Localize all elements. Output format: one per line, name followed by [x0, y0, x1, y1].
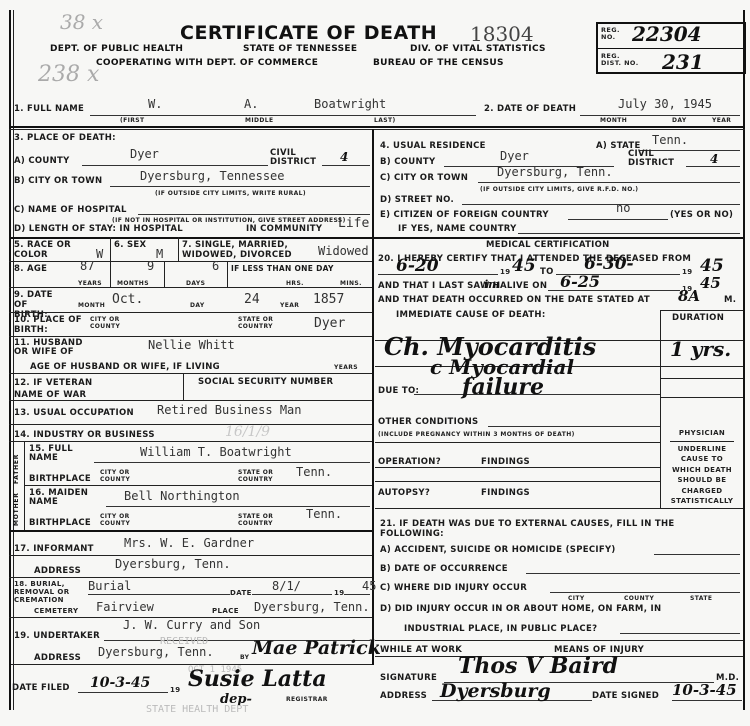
death-city-value[interactable]: Dyersburg, Tennessee — [140, 169, 285, 183]
physician-address-value[interactable]: Dyersburg — [440, 680, 551, 702]
industry-label: 14. INDUSTRY OR BUSINESS — [14, 430, 155, 440]
first-sublabel: (FIRST — [120, 117, 145, 124]
hospital-label: C) NAME OF HOSPITAL — [14, 205, 127, 215]
death-certificate: 38 x 238 x CERTIFICATE OF DEATH 18304 DE… — [0, 0, 750, 726]
city-rural-note: (IF OUTSIDE CITY LIMITS, WRITE RURAL) — [155, 190, 306, 197]
date-filed-label: DATE FILED — [12, 683, 70, 693]
res-civil-district-label: CIVIL DISTRICT — [628, 150, 688, 168]
citizen-label: E) CITIZEN OF FOREIGN COUNTRY — [380, 210, 549, 220]
mother-name-value[interactable]: Bell Northington — [124, 489, 240, 503]
last-saw-label: AND THAT I LAST SAW H — [378, 281, 500, 291]
mother-birthplace-label: BIRTHPLACE — [29, 518, 91, 528]
day-sublabel: DAY — [672, 117, 687, 124]
cooperating-label: COOPERATING WITH DEPT. OF COMMERCE — [96, 58, 318, 68]
age-days-value[interactable]: 6 — [212, 259, 219, 273]
physician-underline-note: PHYSICIAN UNDERLINE CAUSE TO WHICH DEATH… — [662, 428, 742, 507]
to-year-prefix: 19 — [682, 268, 693, 276]
month-sublabel: MONTH — [600, 117, 627, 124]
dob-year-sublabel: YEAR — [280, 302, 299, 309]
autopsy-findings-label: FINDINGS — [481, 488, 530, 498]
reg-dist-label: REG. DIST. NO. — [601, 53, 641, 67]
injury-state-sublabel: STATE — [690, 595, 712, 602]
city-or-town-label: B) CITY OR TOWN — [14, 176, 102, 186]
informant-address-value[interactable]: Dyersburg, Tenn. — [115, 557, 231, 571]
cause-line-3[interactable]: failure — [462, 374, 544, 400]
pob-city-sublabel: CITY OR COUNTY — [90, 316, 126, 330]
alive-on-label: ALIVE ON — [500, 281, 547, 291]
bureau-label: BUREAU OF THE CENSUS — [373, 58, 504, 68]
frame-left-border — [9, 10, 11, 710]
physician-note-line: SHOULD BE — [662, 475, 742, 486]
middle-name-value[interactable]: A. — [244, 97, 258, 111]
pob-state-sublabel: STATE OR COUNTRY — [238, 316, 278, 330]
race-label: 5. RACE OR COLOR — [14, 240, 74, 260]
pencil-note-number: 238 x — [38, 62, 99, 87]
mother-city-sublabel: CITY OR COUNTY — [100, 513, 136, 527]
date-signed-label: DATE SIGNED — [592, 691, 659, 701]
dept-label: DEPT. OF PUBLIC HEALTH — [50, 44, 183, 54]
hrs-sublabel: HRS. — [286, 280, 304, 287]
place-of-birth-label: 10. PLACE OF BIRTH: — [14, 315, 84, 335]
citizen-value[interactable]: no — [616, 201, 630, 215]
physician-note-line: CHARGED — [662, 486, 742, 497]
res-civil-district-value[interactable]: 4 — [710, 152, 718, 166]
while-at-work-label: WHILE AT WORK — [380, 645, 462, 655]
father-state-sublabel: STATE OR COUNTRY — [238, 469, 278, 483]
death-civil-district-value[interactable]: 4 — [340, 150, 348, 164]
undertaker-address-label: ADDRESS — [34, 653, 81, 663]
informant-label: 17. INFORMANT — [14, 544, 94, 554]
reg-no-value[interactable]: 22304 — [632, 22, 702, 46]
age-label: 8. AGE — [14, 264, 47, 274]
veteran-label: 12. IF VETERAN NAME OF WAR — [14, 377, 104, 401]
medical-certification-heading: MEDICAL CERTIFICATION — [486, 240, 610, 250]
res-state-value[interactable]: Tenn. — [652, 133, 688, 147]
usual-residence-label: 4. USUAL RESIDENCE — [380, 141, 486, 151]
dob-month-value[interactable]: Oct. — [112, 292, 143, 307]
death-occurred-label: AND THAT DEATH OCCURRED ON THE DATE STAT… — [378, 295, 650, 305]
injury-location-label: C) WHERE DID INJURY OCCUR — [380, 583, 527, 593]
signature-label: SIGNATURE — [380, 673, 437, 683]
autopsy-label: AUTOPSY? — [378, 488, 430, 498]
spouse-years-sublabel: YEARS — [334, 364, 358, 371]
years-sublabel: YEARS — [78, 280, 102, 287]
injury-place-label: D) DID INJURY OCCUR IN OR ABOUT HOME, ON… — [380, 604, 661, 614]
from-year-prefix: 19 — [500, 268, 511, 276]
reg-no-label: REG. NO. — [601, 27, 621, 41]
res-county-value[interactable]: Dyer — [500, 149, 529, 163]
date-filed-value[interactable]: 10-3-45 — [90, 675, 150, 691]
cemetery-label: CEMETERY — [34, 607, 79, 615]
physician-note-line: WHICH DEATH — [662, 465, 742, 476]
burial-value[interactable]: Burial — [88, 579, 131, 593]
dob-day-value[interactable]: 24 — [244, 292, 260, 307]
date-of-death-value[interactable]: July 30, 1945 — [618, 97, 712, 111]
immediate-cause-label: IMMEDIATE CAUSE OF DEATH: — [396, 310, 546, 320]
frame-left-inner — [13, 10, 14, 710]
mother-state-sublabel: STATE OR COUNTRY — [238, 513, 278, 527]
age-months-value[interactable]: 9 — [147, 259, 154, 273]
last-sublabel: LAST) — [374, 117, 396, 124]
division-label: DIV. OF VITAL STATISTICS — [410, 44, 546, 54]
ssn-label: SOCIAL SECURITY NUMBER — [198, 377, 333, 387]
marital-status-value[interactable]: Widowed — [318, 244, 369, 258]
time-of-death[interactable]: 8A — [678, 287, 700, 305]
undertaker-address-value[interactable]: Dyersburg, Tenn. — [98, 645, 214, 659]
place-label: PLACE — [212, 607, 239, 615]
operation-findings-label: FINDINGS — [481, 457, 530, 467]
reg-dist-value[interactable]: 231 — [662, 50, 704, 74]
spouse-age-label: AGE OF HUSBAND OR WIFE, IF LIVING — [30, 362, 220, 372]
yes-or-no-note: (YES OR NO) — [670, 210, 733, 220]
marital-status-label: 7. SINGLE, MARRIED, WIDOWED, DIVORCED — [182, 240, 332, 260]
mother-side-label: MOTHER — [13, 488, 20, 526]
physician-note-line: CAUSE TO — [662, 454, 742, 465]
res-city-value[interactable]: Dyersburg, Tenn. — [497, 165, 613, 179]
full-name-label: 1. FULL NAME — [14, 104, 84, 114]
attended-to-year[interactable]: 45 — [700, 256, 724, 276]
length-of-stay-label: D) LENGTH OF STAY: IN HOSPITAL — [14, 224, 183, 234]
informant-address-label: ADDRESS — [34, 566, 81, 576]
months-sublabel: MONTHS — [117, 280, 149, 287]
res-county-label: B) COUNTY — [380, 157, 435, 167]
race-value[interactable]: W — [96, 247, 103, 261]
attended-from-year[interactable]: 45 — [512, 256, 536, 276]
less-than-day-label: IF LESS THAN ONE DAY — [231, 264, 334, 273]
date-signed-value[interactable]: 10-3-45 — [672, 681, 737, 699]
operation-label: OPERATION? — [378, 457, 441, 467]
father-side-label: FATHER — [13, 446, 20, 484]
county-label: A) COUNTY — [14, 156, 70, 166]
industry-pencil-code: 16/1/9 — [225, 424, 270, 440]
days-sublabel: DAYS — [186, 280, 205, 287]
street-label: D) STREET NO. — [380, 195, 454, 205]
last-saw-pronoun[interactable]: im — [484, 278, 500, 291]
occupation-label: 13. USUAL OCCUPATION — [14, 408, 134, 418]
father-birthplace-label: BIRTHPLACE — [29, 474, 91, 484]
mother-name-label: 16. MAIDEN NAME — [29, 489, 109, 507]
attended-to-date[interactable]: 6-30- — [584, 254, 634, 274]
state-label: STATE OF TENNESSEE — [243, 44, 357, 54]
occupation-value[interactable]: Retired Business Man — [157, 403, 302, 417]
date-of-occurrence-label: B) DATE OF OCCURRENCE — [380, 564, 508, 574]
res-city-label: C) CITY OR TOWN — [380, 173, 468, 183]
father-city-sublabel: CITY OR COUNTY — [100, 469, 136, 483]
registrar-label: REGISTRAR — [286, 696, 328, 703]
cemetery-value[interactable]: Fairview — [96, 600, 154, 614]
first-name-value[interactable]: W. — [148, 97, 162, 111]
industrial-place-label: INDUSTRIAL PLACE, IN PUBLIC PLACE? — [404, 624, 597, 634]
sex-value[interactable]: M — [156, 247, 163, 261]
duration-label: DURATION — [672, 313, 724, 323]
certificate-number: 18304 — [470, 22, 534, 46]
undertaker-label: 19. UNDERTAKER — [14, 631, 100, 641]
mins-sublabel: MINS. — [340, 280, 362, 287]
cause-duration[interactable]: 1 yrs. — [670, 337, 731, 361]
dob-month-sublabel: MONTH — [78, 302, 105, 309]
hospital-note: (IF NOT IN HOSPITAL OR INSTITUTION, GIVE… — [112, 217, 346, 224]
certificate-title: CERTIFICATE OF DEATH — [180, 22, 437, 44]
place-of-death-label: 3. PLACE OF DEATH: — [14, 133, 116, 143]
undertaker-name-value[interactable]: J. W. Curry and Son — [123, 618, 260, 632]
frame-right-border — [743, 10, 745, 710]
date-of-death-label: 2. DATE OF DEATH — [484, 104, 576, 114]
physician-note-heading: PHYSICIAN — [670, 428, 734, 442]
injury-city-sublabel: CITY — [568, 595, 585, 602]
burial-date-label: DATE — [230, 589, 252, 597]
physician-note-line: UNDERLINE — [662, 444, 742, 455]
time-suffix: M. — [724, 295, 736, 305]
burial-date-value[interactable]: 8/1/ — [272, 579, 301, 593]
dob-year-value[interactable]: 1857 — [313, 292, 344, 307]
burial-year-prefix: 19 — [334, 589, 345, 597]
rfd-note: (IF OUTSIDE CITY LIMITS, GIVE R.F.D. NO.… — [480, 186, 638, 193]
registrar-signature[interactable]: Susie Latta — [188, 666, 327, 692]
age-years-value[interactable]: 87 — [80, 259, 94, 273]
other-conditions-label: OTHER CONDITIONS — [378, 417, 478, 427]
by-label: BY — [240, 654, 249, 661]
undertaker-signature[interactable]: Mae Patrick — [252, 637, 381, 659]
physician-signature[interactable]: Thos V Baird — [458, 653, 618, 679]
to-label: TO — [540, 267, 554, 277]
attended-from-date[interactable]: 6-20 — [396, 256, 439, 276]
informant-name-value[interactable]: Mrs. W. E. Gardner — [124, 536, 254, 550]
pencil-note-top: 38 x — [60, 10, 103, 34]
last-saw-date[interactable]: 6-25 — [560, 272, 600, 291]
middle-sublabel: MIDDLE — [245, 117, 274, 124]
community-stay-value[interactable]: Life — [338, 216, 369, 231]
last-name-value[interactable]: Boatwright — [314, 97, 386, 111]
physician-note-line: STATISTICALLY — [662, 496, 742, 507]
physician-address-label: ADDRESS — [380, 691, 427, 701]
father-name-label: 15. FULL NAME — [29, 445, 99, 463]
last-saw-year[interactable]: 45 — [700, 274, 721, 292]
external-causes-label: 21. IF DEATH WAS DUE TO EXTERNAL CAUSES,… — [380, 519, 740, 539]
accident-label: A) ACCIDENT, SUICIDE OR HOMICIDE (SPECIF… — [380, 545, 616, 555]
year-sublabel: YEAR — [712, 117, 731, 124]
date-filed-year-prefix: 19 — [170, 686, 181, 694]
mother-state-value[interactable]: Tenn. — [306, 507, 342, 521]
spouse-label: 11. HUSBAND OR WIFE OF — [14, 339, 89, 357]
civil-district-label: CIVIL DISTRICT — [270, 149, 330, 167]
pregnancy-note: (INCLUDE PREGNANCY WITHIN 3 MONTHS OF DE… — [378, 431, 575, 438]
burial-label: 18. BURIAL, REMOVAL OR CREMATION — [14, 580, 94, 604]
pob-state-value[interactable]: Dyer — [314, 316, 345, 331]
father-state-value[interactable]: Tenn. — [296, 465, 332, 479]
injury-county-sublabel: COUNTY — [624, 595, 654, 602]
in-community-label: IN COMMUNITY — [246, 224, 322, 234]
name-country-label: IF YES, NAME COUNTRY — [398, 224, 517, 234]
state-health-dept-stamp: STATE HEALTH DEPT — [146, 704, 248, 715]
dob-day-sublabel: DAY — [190, 302, 205, 309]
burial-year-value[interactable]: 45 — [362, 579, 376, 593]
burial-place-value[interactable]: Dyersburg, Tenn. — [254, 600, 370, 614]
sex-label: 6. SEX — [114, 240, 146, 250]
father-name-value[interactable]: William T. Boatwright — [140, 445, 292, 459]
spouse-value[interactable]: Nellie Whitt — [148, 338, 235, 352]
death-county-value[interactable]: Dyer — [130, 147, 159, 161]
